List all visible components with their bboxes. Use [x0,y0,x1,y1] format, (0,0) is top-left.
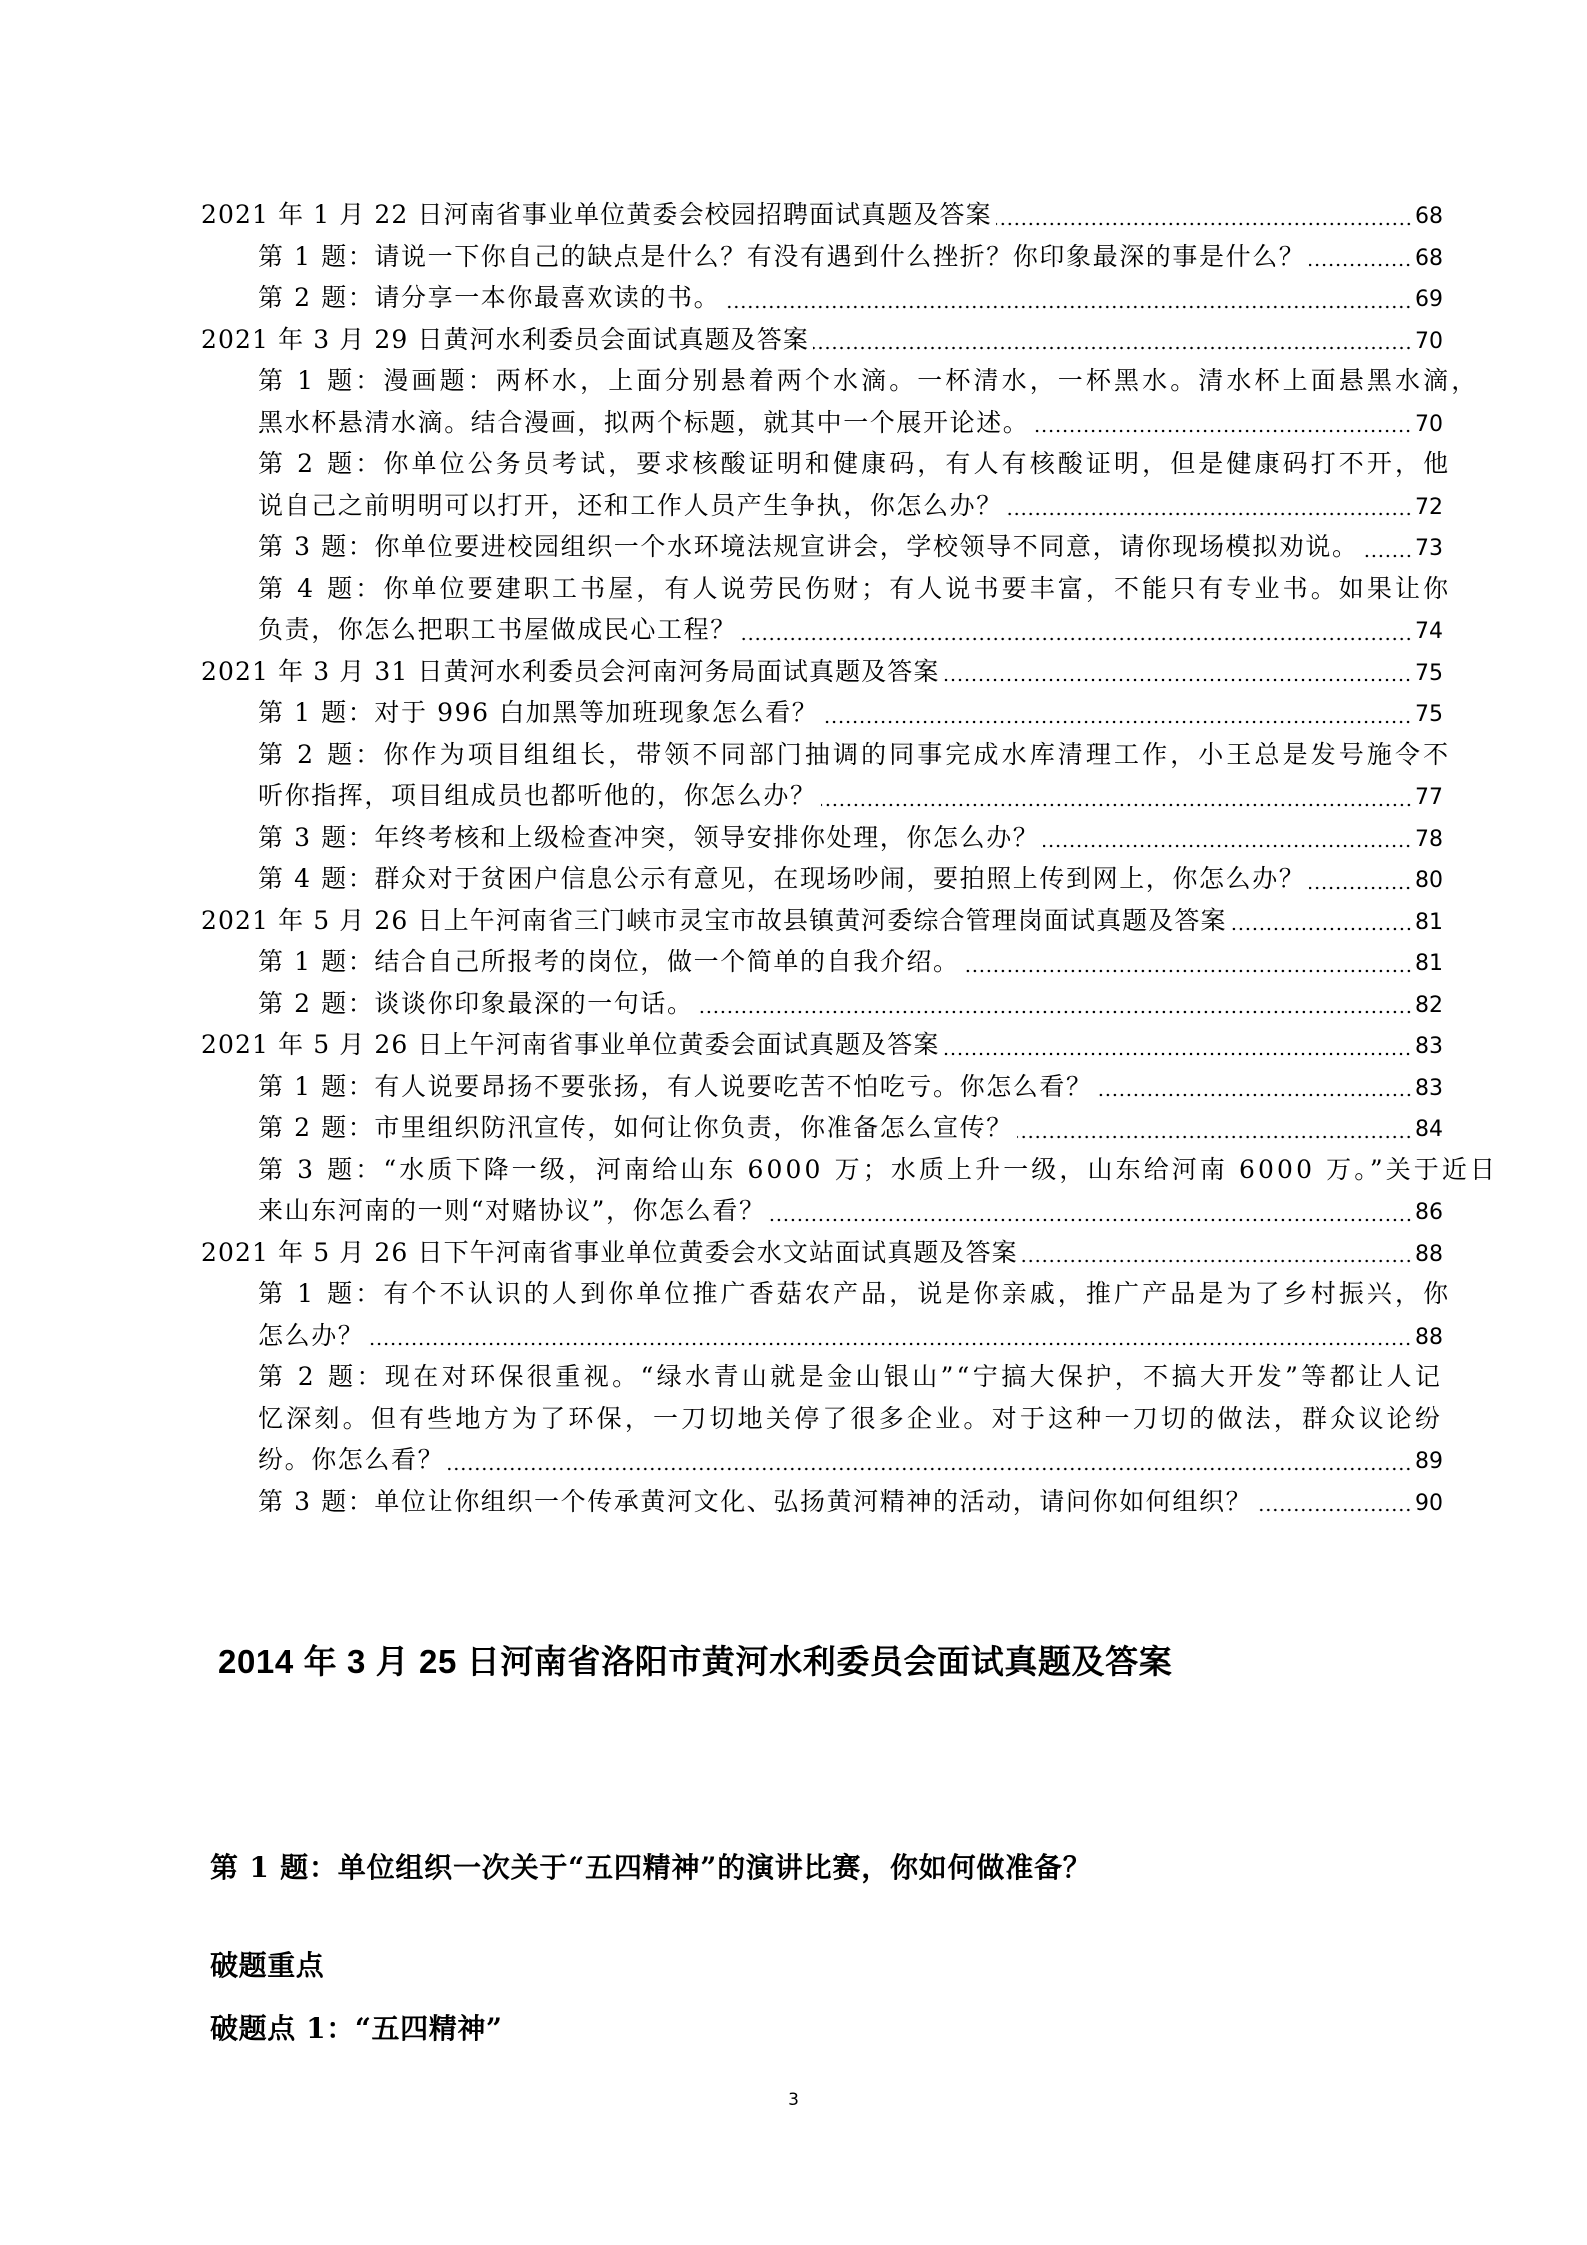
table-of-contents: 2021 年 1 月 22 日河南省事业单位黄委会校园招聘面试真题及答案68第 … [201,194,1443,1522]
toc-section-entry[interactable]: 2021 年 3 月 31 日黄河水利委员会河南河务局面试真题及答案75 [201,651,1443,693]
toc-question-entry[interactable]: 第 4 题：你单位要建职工书屋，有人说劳民伤财；有人说书要丰富，不能只有专业书。… [201,568,1443,610]
key-points-heading: 破题重点 [210,1944,324,1984]
question-title: 第 1 题：单位组织一次关于“五四精神”的演讲比赛，你如何做准备？ [210,1846,1092,1886]
toc-entry-text: 第 3 题：你单位要进校园组织一个水环境法规宣讲会，学校领导不同意，请你现场模拟… [258,526,1359,568]
toc-entry-text: 第 2 题：你作为项目组组长，带领不同部门抽调的同事完成水库清理工作，小王总是发… [258,734,1443,776]
dot-leader [368,1341,1412,1347]
toc-page-number: 84 [1415,1109,1443,1151]
toc-page-number: 72 [1415,487,1443,529]
toc-section-entry[interactable]: 2021 年 3 月 29 日黄河水利委员会面试真题及答案70 [201,319,1443,361]
dot-leader [1363,553,1412,559]
toc-entry-text: 第 4 题：你单位要建职工书屋，有人说劳民伤财；有人说书要丰富，不能只有专业书。… [258,568,1443,610]
toc-page-number: 68 [1415,196,1443,238]
toc-question-entry[interactable]: 第 3 题：你单位要进校园组织一个水环境法规宣讲会，学校领导不同意，请你现场模拟… [201,526,1443,568]
toc-question-entry[interactable]: 第 3 题：年终考核和上级检查冲突，领导安排你处理，你怎么办？78 [201,817,1443,859]
toc-entry-text: 第 1 题：有个不认识的人到你单位推广香菇农产品，说是你亲戚，推广产品是为了乡村… [258,1273,1443,1315]
dot-leader [821,802,1412,808]
dot-leader [724,304,1412,310]
toc-entry-text: 2021 年 5 月 26 日上午河南省事业单位黄委会面试真题及答案 [201,1024,939,1066]
toc-section-entry[interactable]: 2021 年 1 月 22 日河南省事业单位黄委会校园招聘面试真题及答案68 [201,194,1443,236]
toc-question-entry[interactable]: 第 3 题：单位让你组织一个传承黄河文化、弘扬黄河精神的活动，请问你如何组织？9… [201,1481,1443,1523]
toc-question-entry[interactable]: 负责，你怎么把职工书屋做成民心工程？74 [201,609,1443,651]
key-point-1-heading: 破题点 1：“五四精神” [210,2007,503,2047]
toc-page-number: 86 [1415,1192,1443,1234]
dot-leader [1256,1507,1412,1513]
toc-question-entry[interactable]: 第 1 题：有个不认识的人到你单位推广香菇农产品，说是你亲戚，推广产品是为了乡村… [201,1273,1443,1315]
dot-leader [943,677,1412,683]
toc-entry-text: 第 1 题：漫画题：两杯水，上面分别悬着两个水滴。一杯清水，一杯黑水。清水杯上面… [258,360,1443,402]
dot-leader [770,1217,1412,1223]
toc-question-entry[interactable]: 第 1 题：对于 996 白加黑等加班现象怎么看？75 [201,692,1443,734]
dot-leader [1017,1134,1412,1140]
toc-entry-text: 怎么办？ [258,1315,364,1357]
toc-question-entry[interactable]: 第 2 题：你作为项目组组长，带领不同部门抽调的同事完成水库清理工作，小王总是发… [201,734,1443,776]
toc-section-entry[interactable]: 2021 年 5 月 26 日下午河南省事业单位黄委会水文站面试真题及答案88 [201,1232,1443,1274]
toc-question-entry[interactable]: 第 1 题：漫画题：两杯水，上面分别悬着两个水滴。一杯清水，一杯黑水。清水杯上面… [201,360,1443,402]
toc-page-number: 77 [1415,777,1443,819]
toc-page-number: 80 [1415,860,1443,902]
toc-page-number: 90 [1415,1483,1443,1525]
toc-entry-text: 2021 年 3 月 31 日黄河水利委员会河南河务局面试真题及答案 [201,651,939,693]
toc-entry-text: 说自己之前明明可以打开，还和工作人员产生争执，你怎么办？ [258,485,1003,527]
toc-question-entry[interactable]: 纷。你怎么看？89 [201,1439,1443,1481]
toc-section-entry[interactable]: 2021 年 5 月 26 日上午河南省事业单位黄委会面试真题及答案83 [201,1024,1443,1066]
toc-entry-text: 2021 年 3 月 29 日黄河水利委员会面试真题及答案 [201,319,809,361]
toc-page-number: 81 [1415,943,1443,985]
toc-page-number: 69 [1415,279,1443,321]
toc-entry-text: 忆深刻。但有些地方为了环保，一刀切地关停了很多企业。对于这种一刀切的做法，群众议… [258,1398,1443,1440]
dot-leader [964,968,1412,974]
toc-entry-text: 2021 年 5 月 26 日上午河南省三门峡市灵宝市故县镇黄河委综合管理岗面试… [201,900,1227,942]
toc-question-entry[interactable]: 第 3 题：“水质下降一级，河南给山东 6000 万；水质上升一级，山东给河南 … [201,1149,1443,1191]
toc-page-number: 81 [1415,902,1443,944]
toc-page-number: 83 [1415,1068,1443,1110]
toc-question-entry[interactable]: 第 2 题：请分享一本你最喜欢读的书。69 [201,277,1443,319]
toc-question-entry[interactable]: 第 1 题：结合自己所报考的岗位，做一个简单的自我介绍。81 [201,941,1443,983]
toc-page-number: 70 [1415,404,1443,446]
toc-question-entry[interactable]: 第 2 题：现在对环保很重视。“绿水青山就是金山银山”“宁搞大保护，不搞大开发”… [201,1356,1443,1398]
toc-entry-text: 第 3 题：单位让你组织一个传承黄河文化、弘扬黄河精神的活动，请问你如何组织？ [258,1481,1252,1523]
toc-page-number: 82 [1415,985,1443,1027]
dot-leader [813,345,1412,351]
dot-leader [1309,262,1412,268]
toc-entry-text: 负责，你怎么把职工书屋做成民心工程？ [258,609,737,651]
toc-page-number: 73 [1415,528,1443,570]
page-number: 3 [0,2090,1587,2110]
toc-entry-text: 纷。你怎么看？ [258,1439,444,1481]
toc-question-entry[interactable]: 第 2 题：谈谈你印象最深的一句话。82 [201,983,1443,1025]
toc-entry-text: 第 2 题：市里组织防汛宣传，如何让你负责，你准备怎么宣传？ [258,1107,1013,1149]
document-page: 2021 年 1 月 22 日河南省事业单位黄委会校园招聘面试真题及答案68第 … [0,0,1587,2245]
toc-page-number: 83 [1415,1026,1443,1068]
toc-entry-text: 第 1 题：对于 996 白加黑等加班现象怎么看？ [258,692,818,734]
toc-entry-text: 第 3 题：“水质下降一级，河南给山东 6000 万；水质上升一级，山东给河南 … [258,1149,1443,1191]
dot-leader [996,221,1412,227]
toc-entry-text: 黑水杯悬清水滴。结合漫画，拟两个标题，就其中一个展开论述。 [258,402,1029,444]
toc-question-entry[interactable]: 听你指挥，项目组成员也都听他的，你怎么办？77 [201,775,1443,817]
toc-entry-text: 第 1 题：结合自己所报考的岗位，做一个简单的自我介绍。 [258,941,960,983]
toc-question-entry[interactable]: 第 2 题：市里组织防汛宣传，如何让你负责，你准备怎么宣传？84 [201,1107,1443,1149]
toc-entry-text: 第 3 题：年终考核和上级检查冲突，领导安排你处理，你怎么办？ [258,817,1039,859]
dot-leader [1097,1092,1412,1098]
dot-leader [1033,428,1412,434]
toc-page-number: 88 [1415,1234,1443,1276]
toc-question-entry[interactable]: 来山东河南的一则“对赌协议”，你怎么看？86 [201,1190,1443,1232]
dot-leader [1309,885,1412,891]
toc-entry-text: 第 2 题：你单位公务员考试，要求核酸证明和健康码，有人有核酸证明，但是健康码打… [258,443,1443,485]
toc-entry-text: 2021 年 1 月 22 日河南省事业单位黄委会校园招聘面试真题及答案 [201,194,992,236]
dot-leader [741,636,1412,642]
toc-entry-text: 第 1 题：请说一下你自己的缺点是什么？有没有遇到什么挫折？你印象最深的事是什么… [258,236,1305,278]
toc-page-number: 70 [1415,321,1443,363]
toc-page-number: 88 [1415,1317,1443,1359]
toc-entry-text: 来山东河南的一则“对赌协议”，你怎么看？ [258,1190,766,1232]
toc-entry-text: 第 1 题：有人说要昂扬不要张扬，有人说要吃苦不怕吃亏。你怎么看？ [258,1066,1093,1108]
toc-entry-text: 听你指挥，项目组成员也都听他的，你怎么办？ [258,775,817,817]
toc-question-entry[interactable]: 第 1 题：有人说要昂扬不要张扬，有人说要吃苦不怕吃亏。你怎么看？83 [201,1066,1443,1108]
section-heading: 2014 年 3 月 25 日河南省洛阳市黄河水利委员会面试真题及答案 [218,1636,1172,1683]
toc-entry-text: 第 2 题：谈谈你印象最深的一句话。 [258,983,694,1025]
toc-page-number: 78 [1415,819,1443,861]
dot-leader [698,1009,1412,1015]
toc-question-entry[interactable]: 忆深刻。但有些地方为了环保，一刀切地关停了很多企业。对于这种一刀切的做法，群众议… [201,1398,1443,1440]
dot-leader [1007,511,1412,517]
dot-leader [1043,843,1412,849]
toc-question-entry[interactable]: 第 4 题：群众对于贫困户信息公示有意见，在现场吵闹，要拍照上传到网上，你怎么办… [201,858,1443,900]
toc-page-number: 75 [1415,694,1443,736]
toc-question-entry[interactable]: 怎么办？88 [201,1315,1443,1357]
toc-page-number: 75 [1415,653,1443,695]
toc-question-entry[interactable]: 黑水杯悬清水滴。结合漫画，拟两个标题，就其中一个展开论述。70 [201,402,1443,444]
toc-question-entry[interactable]: 第 2 题：你单位公务员考试，要求核酸证明和健康码，有人有核酸证明，但是健康码打… [201,443,1443,485]
toc-section-entry[interactable]: 2021 年 5 月 26 日上午河南省三门峡市灵宝市故县镇黄河委综合管理岗面试… [201,900,1443,942]
toc-entry-text: 第 2 题：请分享一本你最喜欢读的书。 [258,277,720,319]
toc-entry-text: 第 2 题：现在对环保很重视。“绿水青山就是金山银山”“宁搞大保护，不搞大开发”… [258,1356,1443,1398]
toc-entry-text: 2021 年 5 月 26 日下午河南省事业单位黄委会水文站面试真题及答案 [201,1232,1018,1274]
toc-page-number: 68 [1415,238,1443,280]
dot-leader [943,1051,1412,1057]
dot-leader [448,1466,1412,1472]
toc-page-number: 89 [1415,1441,1443,1483]
dot-leader [1231,926,1412,932]
toc-page-number: 74 [1415,611,1443,653]
toc-entry-text: 第 4 题：群众对于贫困户信息公示有意见，在现场吵闹，要拍照上传到网上，你怎么办… [258,858,1305,900]
toc-question-entry[interactable]: 第 1 题：请说一下你自己的缺点是什么？有没有遇到什么挫折？你印象最深的事是什么… [201,236,1443,278]
dot-leader [1022,1258,1412,1264]
dot-leader [822,719,1412,725]
toc-question-entry[interactable]: 说自己之前明明可以打开，还和工作人员产生争执，你怎么办？72 [201,485,1443,527]
